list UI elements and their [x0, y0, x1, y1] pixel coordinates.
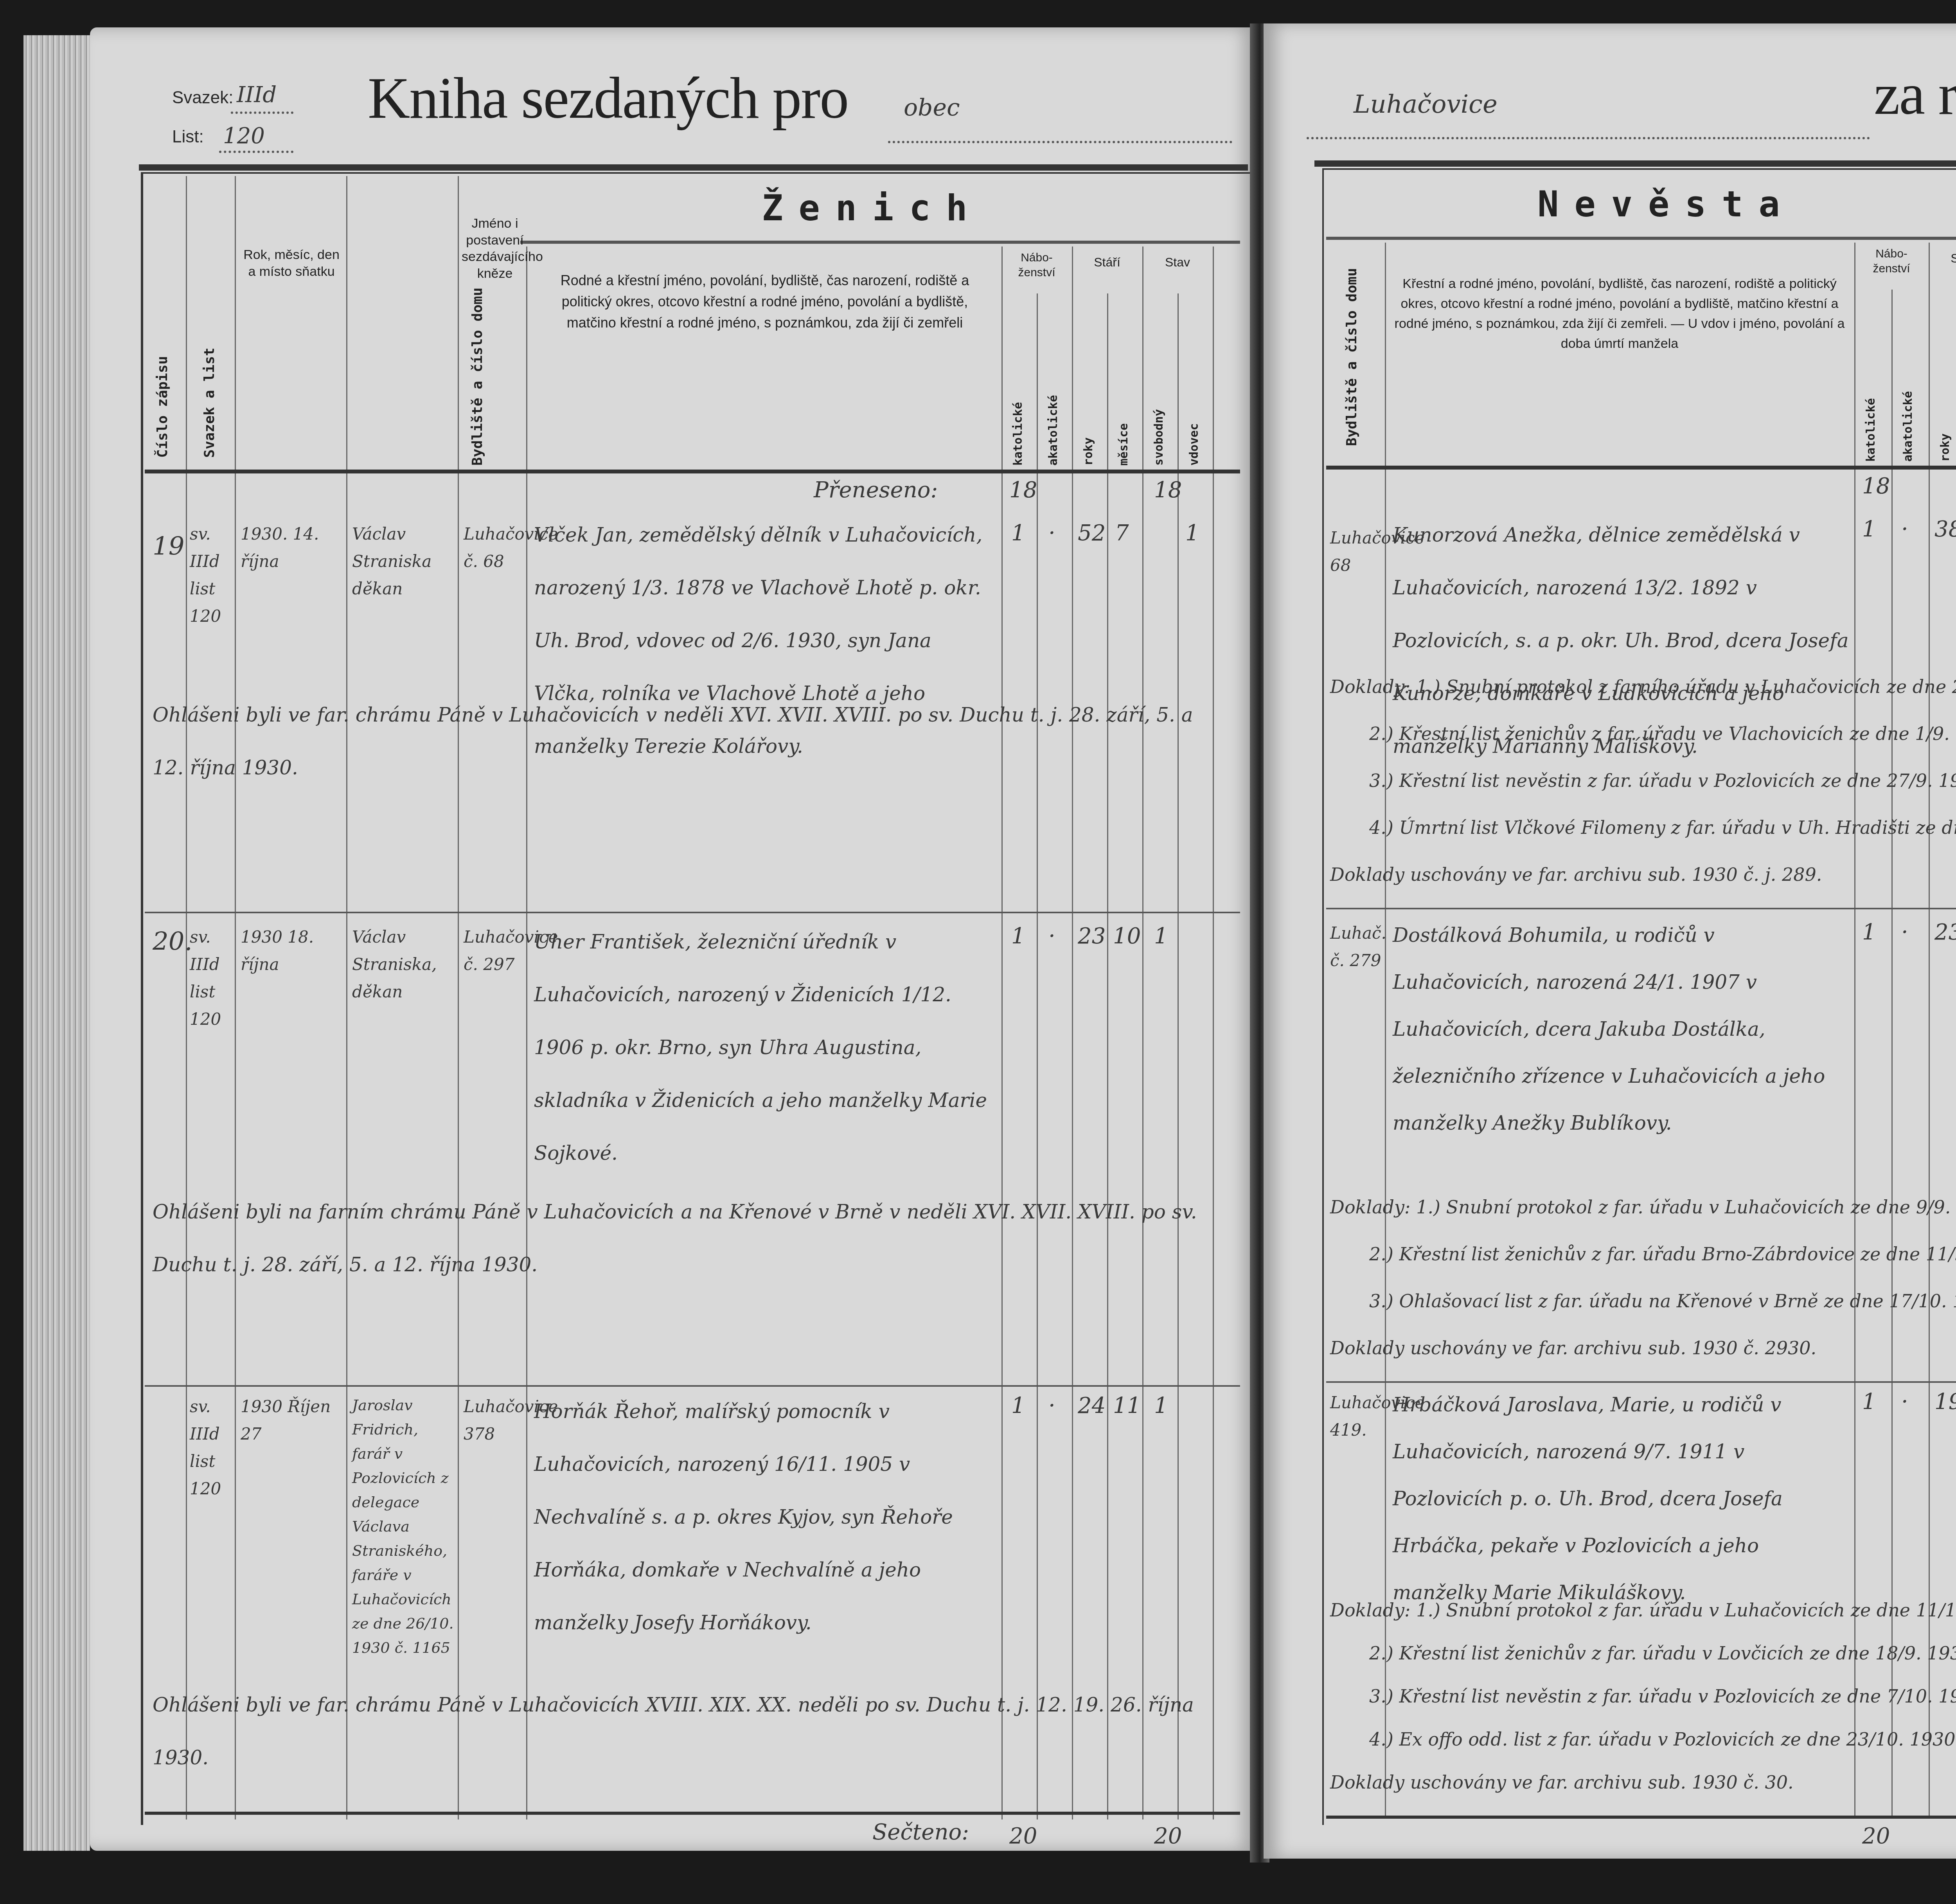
entry-date: 1930 Říjen 27	[241, 1393, 342, 1448]
section-divider	[1326, 237, 1956, 240]
carried-over-label: Přeneseno:	[814, 477, 938, 503]
groom-akatolicke: ·	[1048, 923, 1055, 949]
table-bottom-rule	[1326, 1816, 1956, 1819]
summed-groom-katolicke: 20	[1009, 1823, 1037, 1849]
document-line: Doklady: 1.) Snubní protokol z farního ú…	[1330, 665, 1956, 708]
bride-katolicke: 1	[1862, 1389, 1876, 1415]
svazek-value: IIId	[237, 82, 277, 108]
entry-groom-address: Luhačovice č. 297	[464, 923, 522, 978]
section-divider	[520, 241, 1240, 244]
bride-roky: 19	[1934, 1389, 1956, 1415]
entry-date: 1930 18. října	[241, 923, 342, 978]
col-line	[1178, 293, 1179, 1819]
col-line	[1213, 247, 1214, 1819]
entry-bride-address: Luhačovice 68	[1330, 524, 1383, 579]
groom-akatolicke: ·	[1048, 520, 1055, 546]
document-line: 3.) Ohlašovací list z far. úřadu na Křen…	[1369, 1280, 1956, 1323]
col-line	[458, 176, 459, 1819]
header-akatolicke: akatolické	[1901, 321, 1915, 462]
header-jmeno-kneze: Jméno i postavení sezdávajícího kněze	[462, 215, 528, 282]
header-stari: Stáří	[1076, 254, 1138, 270]
title-fill-municipality: Luhačovice	[1354, 90, 1498, 119]
groom-roky: 52	[1078, 520, 1106, 546]
bride-roky: 38	[1934, 516, 1956, 542]
table-top-rule	[1314, 160, 1956, 167]
header-stav: Stav	[1146, 254, 1209, 270]
col-line	[1891, 290, 1893, 1816]
section-title-nevesta: Nevěsta	[1334, 184, 1956, 225]
page-title-right: za rok	[1874, 61, 1956, 128]
entry-priest: Jaroslav Fridrich, farář v Pozlovicích z…	[352, 1393, 456, 1660]
header-bottom-rule	[145, 470, 1240, 473]
entry-bride-text: Dostálková Bohumila, u rodičů v Luhačovi…	[1393, 912, 1850, 1146]
entry-groom-address: Luhačovice 378	[464, 1393, 522, 1448]
entry-banns: Ohlášeni byli ve far. chrámu Páně v Luha…	[153, 689, 1209, 794]
groom-katolicke: 1	[1011, 923, 1025, 949]
header-rok-mesic: Rok, měsíc, den a místo sňatku	[239, 247, 344, 280]
entry-groom-text: Horňák Řehoř, malířský pomocník v Luhačo…	[534, 1385, 996, 1649]
header-roky: roky	[1082, 380, 1095, 466]
col-line	[1929, 243, 1930, 1816]
col-line	[526, 247, 527, 1819]
col-line	[1001, 247, 1003, 1819]
header-roky: roky	[1938, 376, 1952, 462]
title-dots-right	[1307, 137, 1870, 139]
bride-roky: 23	[1934, 920, 1956, 945]
header-bottom-rule	[1326, 466, 1956, 470]
document-line: Doklady uschovány ve far. archivu sub. 1…	[1330, 1326, 1956, 1370]
list-label: List:	[172, 127, 204, 147]
bride-akatolicke: ·	[1901, 920, 1908, 945]
book-page-edges-left	[23, 35, 90, 1851]
document-line: Doklady: 1.) Snubní protokol z far. úřad…	[1330, 1589, 1956, 1632]
groom-roky: 24	[1078, 1393, 1106, 1418]
page-title-left: Kniha sezdaných pro	[368, 65, 848, 132]
col-line	[1854, 243, 1855, 1816]
groom-mesice: 7	[1115, 520, 1129, 546]
entry-bride-address: Luhačovice 419.	[1330, 1389, 1383, 1444]
col-line	[1385, 243, 1386, 1816]
col-line	[235, 176, 236, 1819]
entry-number: 20.	[153, 927, 192, 956]
entry-svazek: sv. IIId list 120	[190, 1393, 233, 1503]
entry-groom-text: Uher František, železniční úředník v Luh…	[534, 916, 996, 1180]
document-line: 2.) Křestní list ženichův z far. úřadu B…	[1369, 1233, 1956, 1276]
carried-over-katolicke: 18	[1009, 477, 1037, 503]
groom-svobodny: 1	[1154, 1393, 1168, 1418]
header-akatolicke: akatolické	[1046, 325, 1060, 466]
title-fill-obec: obec	[904, 94, 960, 121]
groom-mesice: 10	[1113, 923, 1141, 949]
header-bydliste: Bydliště a číslo domu	[469, 278, 485, 466]
list-value: 120	[223, 123, 265, 149]
section-title-zenich: Ženich	[520, 188, 1224, 229]
document-line: 3.) Křestní list nevěstin z far. úřadu v…	[1369, 1675, 1956, 1718]
groom-akatolicke: ·	[1048, 1393, 1055, 1418]
list-dots	[219, 151, 293, 153]
header-katolicke: katolické	[1011, 325, 1025, 466]
entry-svazek: sv. IIId list 120	[190, 923, 233, 1033]
summed-label: Sečteno:	[872, 1819, 969, 1845]
summed-groom-svobodny: 20	[1154, 1823, 1182, 1849]
title-dots-left	[888, 141, 1232, 143]
entry-groom-address: Luhačovice č. 68	[464, 520, 522, 575]
summed-bride-katolicke: 20	[1862, 1823, 1890, 1849]
header-stari: Stáří	[1933, 250, 1956, 266]
col-line	[1107, 293, 1108, 1819]
document-line: Doklady: 1.) Snubní protokol z far. úřad…	[1330, 1186, 1956, 1229]
groom-vdovec: 1	[1185, 520, 1199, 546]
entry-divider	[1326, 908, 1956, 909]
header-katolicke: katolické	[1864, 321, 1878, 462]
document-line: 2.) Křestní list ženichův z far. úřadu v…	[1369, 1632, 1956, 1675]
document-line: 3.) Křestní list nevěstin z far. úřadu v…	[1369, 759, 1956, 802]
entry-number: 19	[153, 532, 184, 561]
col-line	[1072, 247, 1073, 1819]
groom-katolicke: 1	[1011, 520, 1025, 546]
entry-date: 1930. 14. října	[241, 520, 342, 575]
header-popis-zenich: Rodné a křestní jméno, povolání, bydlišt…	[536, 270, 994, 333]
header-mesice: měsíce	[1117, 364, 1131, 466]
bride-katolicke: 1	[1862, 516, 1876, 542]
groom-svobodny: 1	[1154, 923, 1168, 949]
entry-bride-text: Hrbáčková Jaroslava, Marie, u rodičů v L…	[1393, 1381, 1850, 1616]
entry-priest: Václav Straniska, děkan	[352, 923, 454, 1006]
groom-mesice: 11	[1113, 1393, 1141, 1418]
entry-svazek: sv. IIId list 120	[190, 520, 233, 630]
carried-over-svobodny: 18	[1154, 477, 1182, 503]
table-bottom-rule	[145, 1812, 1240, 1815]
header-bydliste: Bydliště a číslo domu	[1344, 282, 1360, 446]
col-line	[1142, 247, 1143, 1819]
document-line: 2.) Křestní list ženichův z far. úřadu v…	[1369, 712, 1956, 755]
header-popis-nevesta: Křestní a rodné jméno, povolání, bydlišt…	[1393, 274, 1846, 354]
groom-katolicke: 1	[1011, 1393, 1025, 1418]
bride-akatolicke: ·	[1901, 516, 1908, 542]
header-nabozenstvi: Nábo-ženství	[1858, 247, 1925, 276]
col-line	[346, 176, 347, 1819]
col-line	[1037, 293, 1038, 1819]
col-line	[186, 176, 187, 1819]
groom-roky: 23	[1078, 923, 1106, 949]
document-line: 4.) Ex offo odd. list z far. úřadu v Poz…	[1369, 1718, 1956, 1761]
header-svobodny: svobodný	[1152, 340, 1166, 466]
carried-over-bride-katolicke: 18	[1862, 473, 1890, 499]
header-cislo-zapisu: Číslo zápisu	[155, 262, 171, 458]
document-line: 4.) Úmrtní list Vlčkové Filomeny z far. …	[1369, 806, 1956, 849]
left-page: Svazek: IIId List: 120 Kniha sezdaných p…	[90, 27, 1256, 1851]
document-line: Doklady uschovány ve far. archivu sub. 1…	[1330, 853, 1956, 896]
header-nabozenstvi: Nábo-ženství	[1005, 250, 1068, 280]
entry-bride-address: Luhač. č. 279	[1330, 920, 1383, 974]
right-page: Luhačovice za rok 1930 Nevěsta Svědci By…	[1264, 23, 1956, 1859]
svazek-dots	[231, 112, 293, 114]
entry-banns: Ohlášeni byli na farním chrámu Páně v Lu…	[153, 1186, 1209, 1291]
header-svazek-a-list: Svazek a list	[201, 262, 218, 458]
entry-divider	[145, 912, 1240, 913]
svazek-label: Svazek:	[172, 88, 234, 108]
bride-akatolicke: ·	[1901, 1389, 1908, 1415]
document-line: Doklady uschovány ve far. archivu sub. 1…	[1330, 1761, 1956, 1804]
entry-banns: Ohlášeni byli ve far. chrámu Páně v Luha…	[153, 1679, 1209, 1784]
entry-priest: Václav Straniska děkan	[352, 520, 454, 603]
table-top-rule	[139, 164, 1248, 171]
header-vdovec: vdovec	[1187, 356, 1201, 466]
bride-katolicke: 1	[1862, 920, 1876, 945]
